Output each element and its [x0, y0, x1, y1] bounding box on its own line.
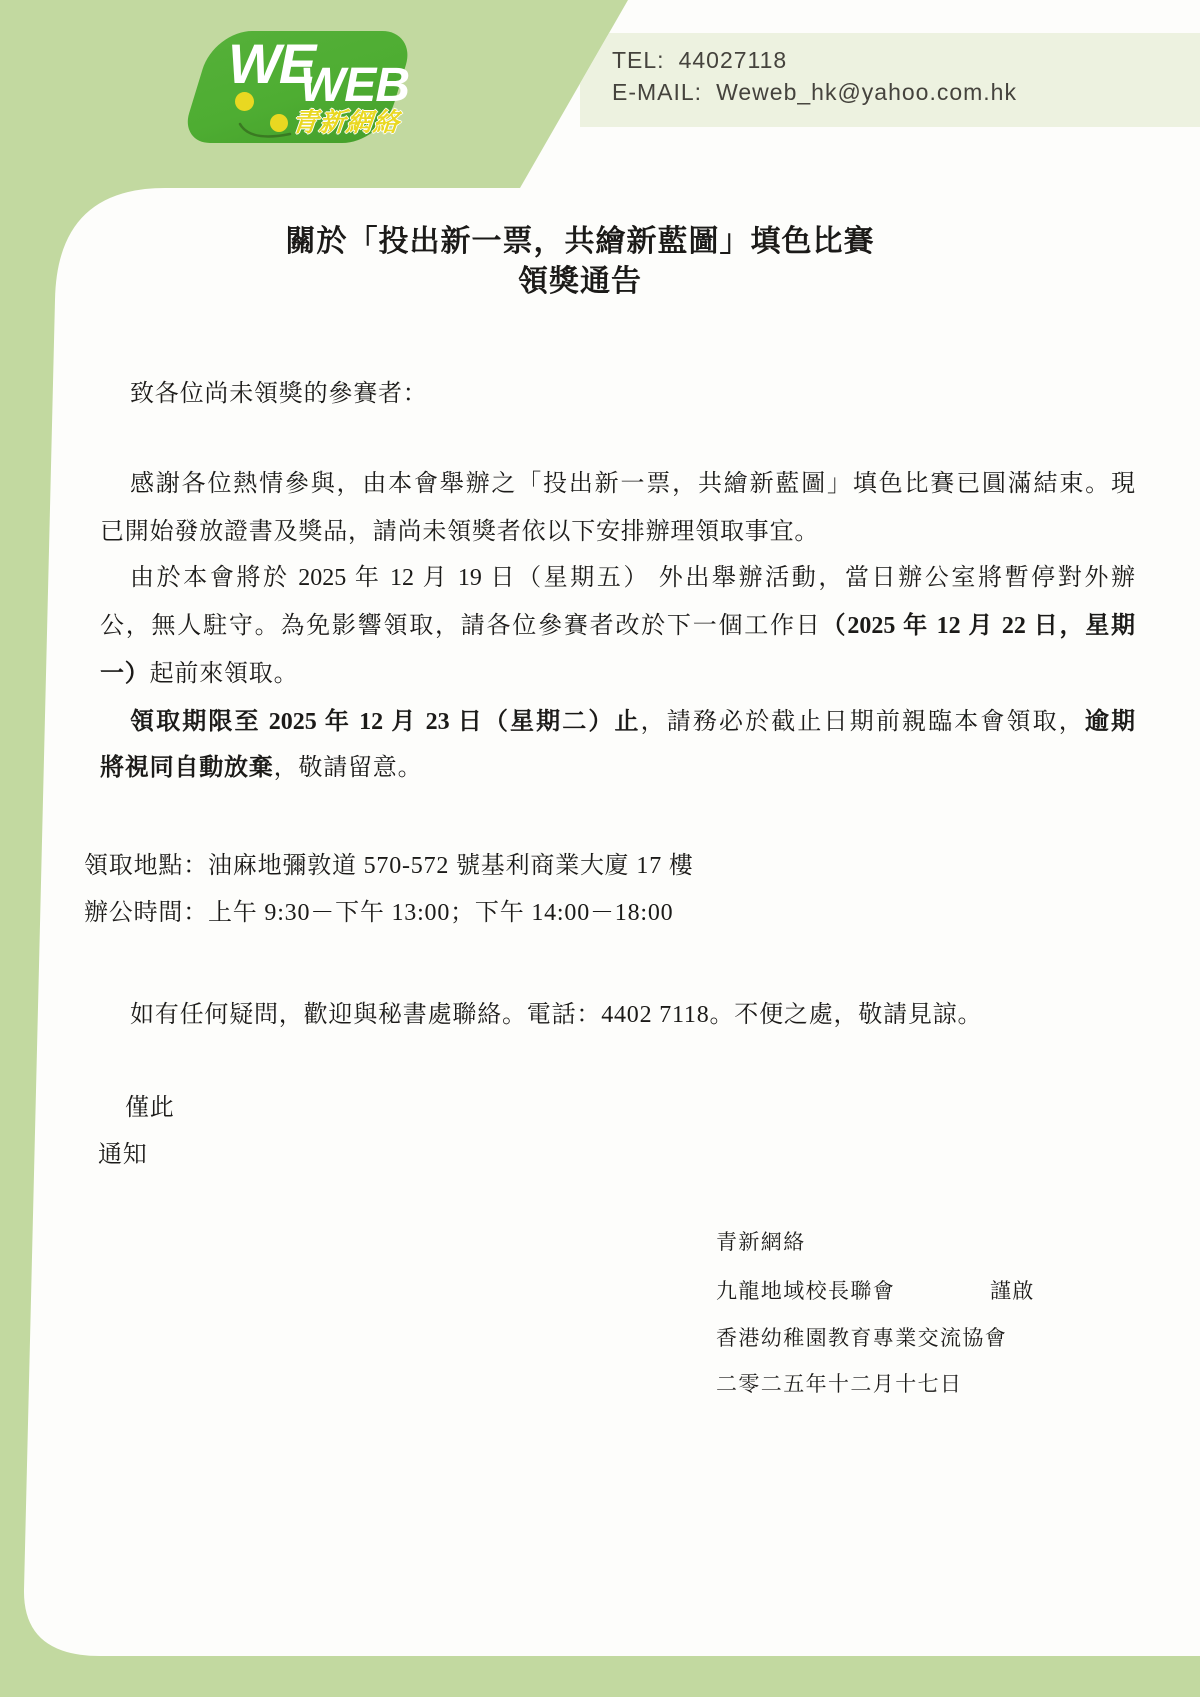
logo-web-text: WEB — [300, 62, 409, 110]
scanned-notice-page: { "colors":{ "page-green":"#c2d9a0", "ca… — [0, 0, 1200, 1697]
signatory-kindergarten-association: 香港幼稚園教育專業交流協會 — [716, 1324, 1007, 1352]
enquiry-line: 如有任何疑問，歡迎與秘書處聯絡。電話：4402 7118。不便之處，敬請見諒。 — [130, 999, 982, 1031]
email-line: E-MAIL:Weweb_hk@yahoo.com.hk — [612, 81, 1017, 104]
body-line: 將視同自動放棄，敬請留意。 — [100, 752, 422, 784]
notice-title-line2: 領獎通告 — [20, 264, 1140, 300]
signoff-respectfully: 謹啟 — [990, 1277, 1035, 1305]
signatory-kowloon-principals: 九龍地域校長聯會 — [716, 1277, 895, 1305]
body-line: 已開始發放證書及獎品，請尚未領獎者依以下安排辦理領取事宜。 — [100, 516, 819, 548]
tel-label: TEL: — [612, 49, 665, 72]
pickup-location-line: 領取地點：油麻地彌敦道 570-572 號基利商業大廈 17 樓 — [84, 850, 694, 882]
closing-tongzhi-line: 通知 — [98, 1139, 148, 1171]
body-line: 公，無人駐守。為免影響領取，請各位參賽者改於下一個工作日（2025 年 12 月… — [100, 610, 1135, 642]
body-line: 由於本會將於 2025 年 12 月 19 日（星期五） 外出舉辦活動，當日辦公… — [130, 562, 1135, 594]
email-value: Weweb_hk@yahoo.com.hk — [716, 79, 1017, 105]
closing-jinci-line: 僅此 — [125, 1092, 175, 1124]
office-hours-line: 辦公時間：上午 9:30－下午 13:00；下午 14:00－18:00 — [84, 897, 673, 929]
salutation-line: 致各位尚未領獎的參賽者： — [130, 378, 428, 410]
logo-smile-dot-left — [235, 92, 254, 111]
logo-tagline: 青新網絡 — [291, 110, 402, 136]
signatory-weweb: 青新網絡 — [716, 1228, 806, 1256]
body-line: 感謝各位熱情參與，由本會舉辦之「投出新一票，共繪新藍圖」填色比賽已圓滿結束。現 — [130, 468, 1135, 500]
notice-title-line1: 關於「投出新一票，共繪新藍圖」填色比賽 — [20, 224, 1140, 260]
tel-value: 44027118 — [679, 47, 788, 73]
logo-smile-curve-icon — [236, 118, 296, 146]
email-label: E-MAIL: — [612, 81, 702, 104]
tel-line: TEL:44027118 — [612, 49, 787, 72]
body-line: 一）起前來領取。 — [100, 658, 298, 690]
body-line: 領取期限至 2025 年 12 月 23 日（星期二）止，請務必於截止日期前親臨… — [130, 706, 1135, 738]
notice-date: 二零二五年十二月十七日 — [716, 1370, 962, 1398]
